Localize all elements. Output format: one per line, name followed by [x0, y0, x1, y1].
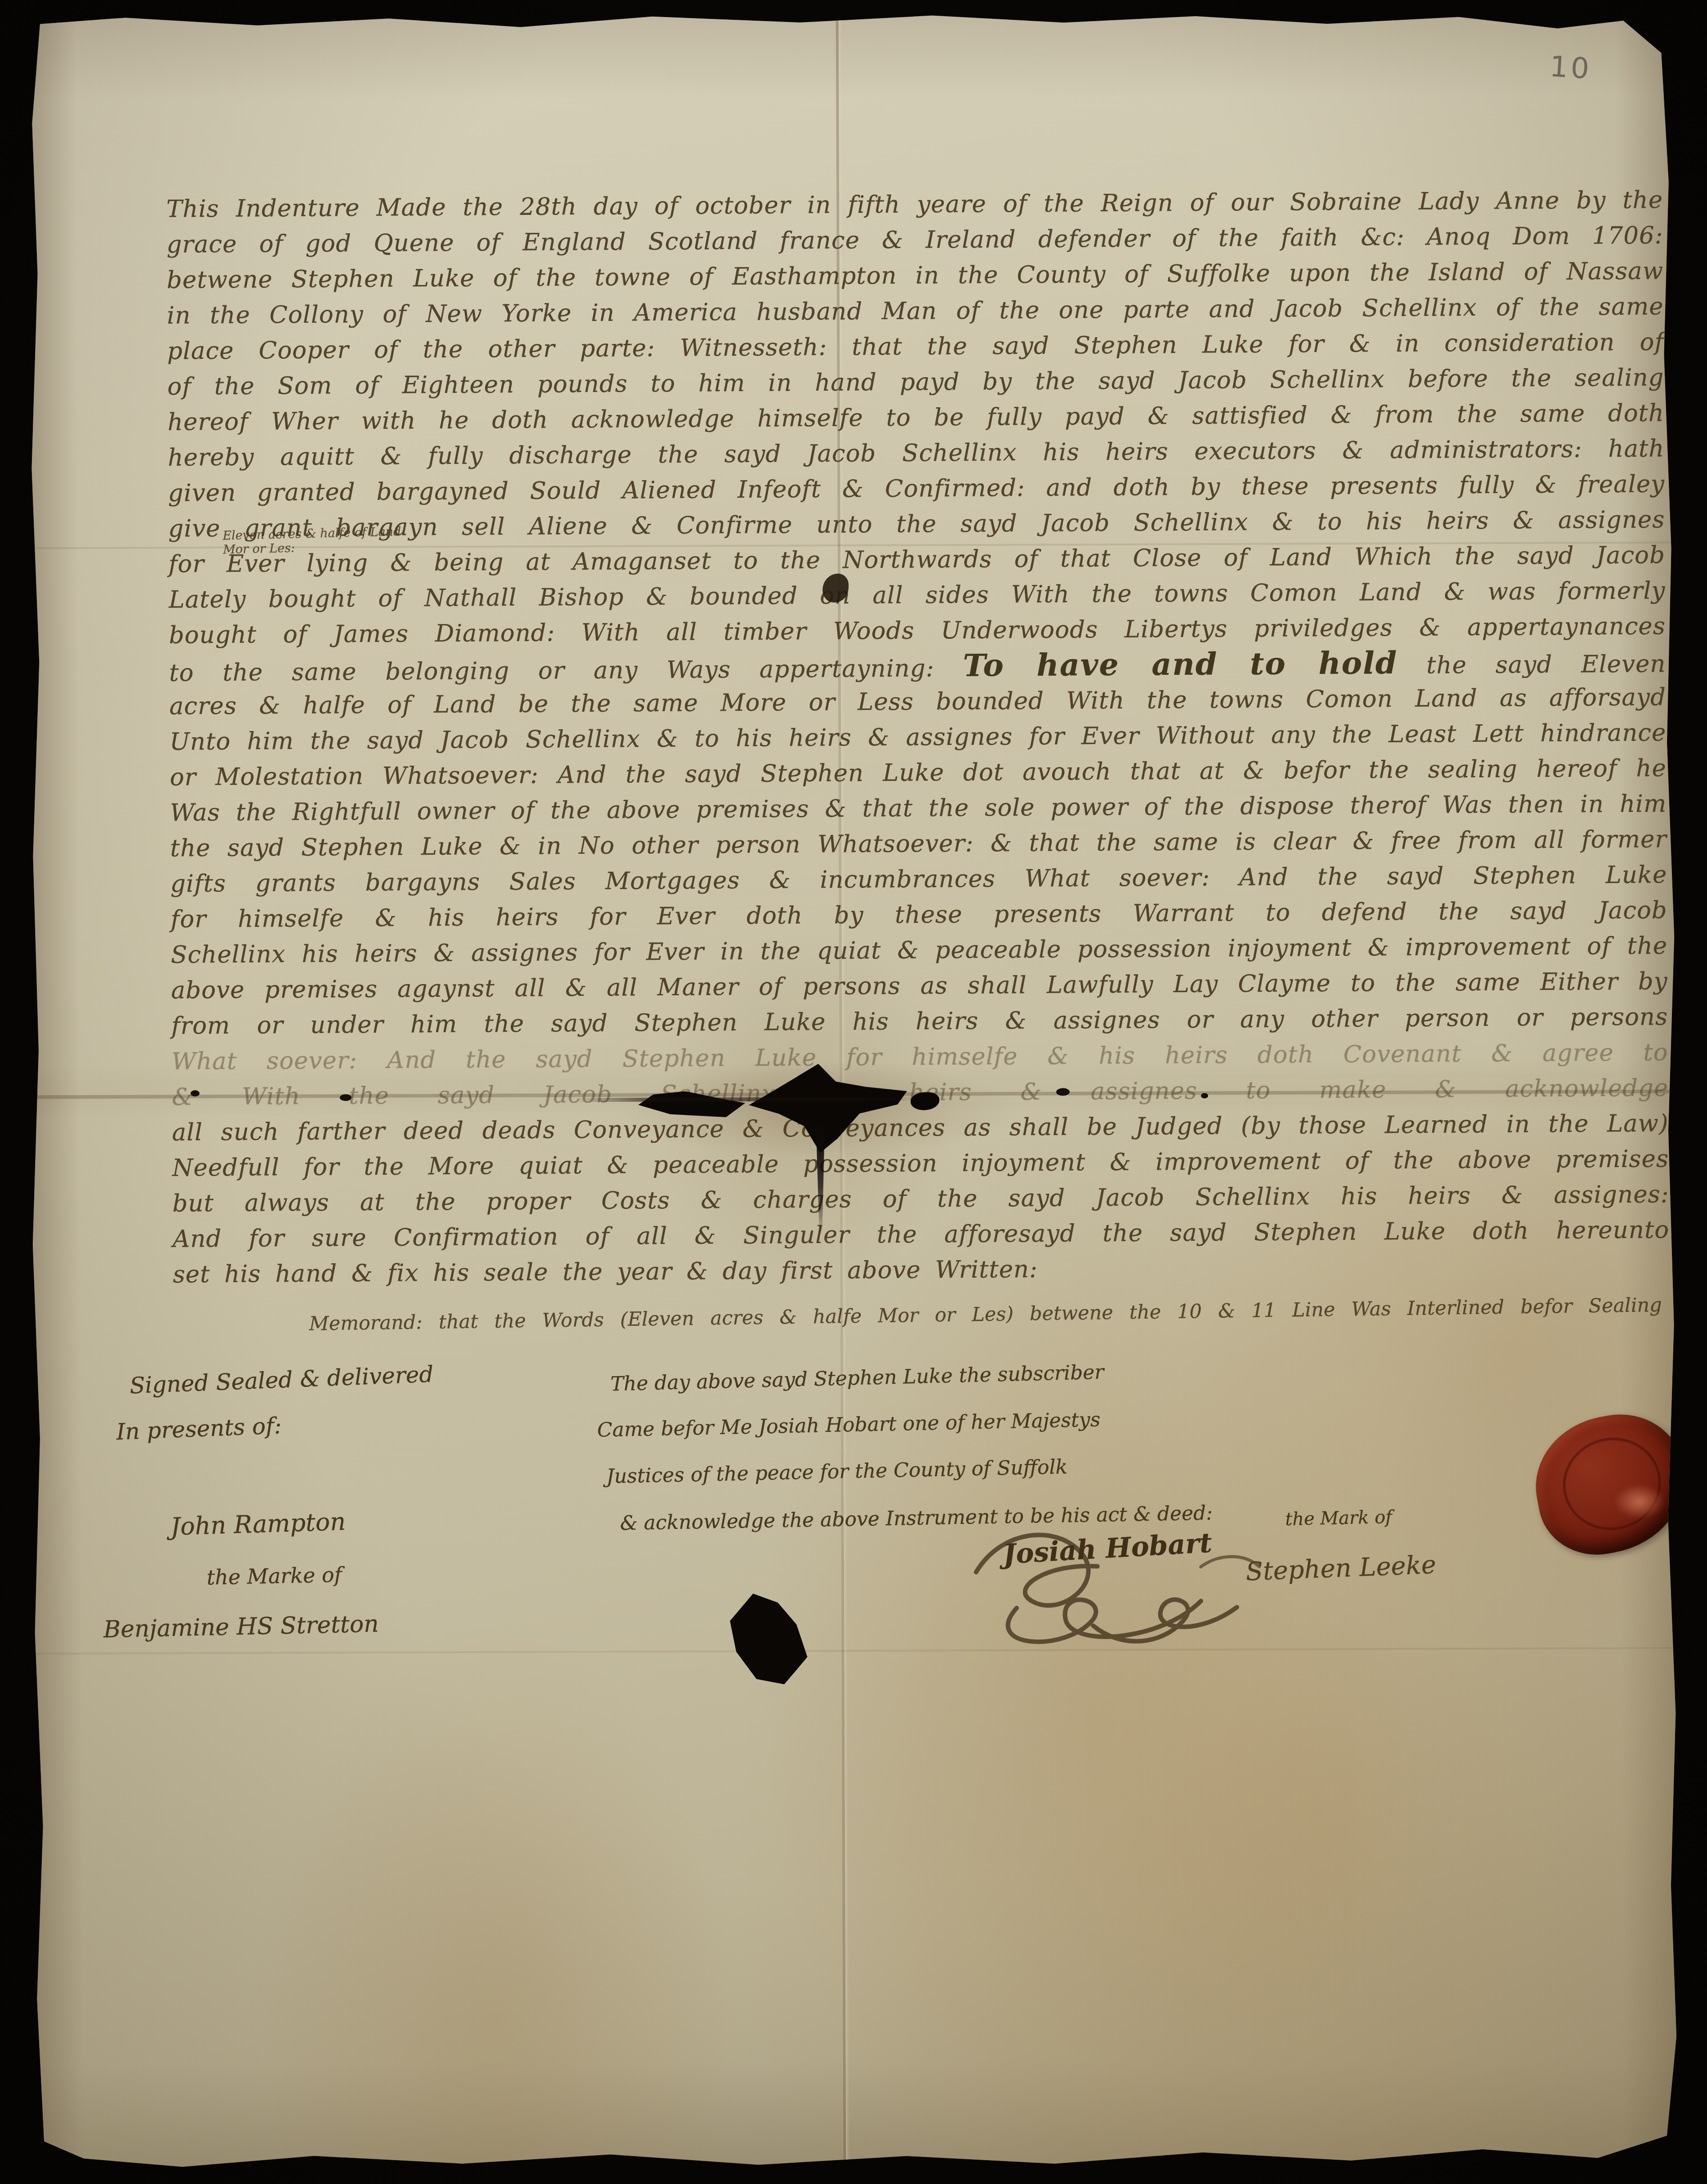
- witness-line: In presents of:: [116, 1413, 282, 1445]
- interlined-words: Eleven acres & halfe of Land Mor or Les:: [222, 525, 401, 557]
- attestation-line: The day above sayd Stephen Luke the subs…: [610, 1361, 1104, 1396]
- paper-sheet: 10 This Indenture Made the 28th day of o…: [27, 10, 1680, 2172]
- wax-seal-highlight: [1614, 1484, 1665, 1520]
- paper-speck: [340, 1094, 351, 1101]
- paper-hole: [730, 1593, 808, 1685]
- habendum-phrase: To have and to hold: [963, 645, 1398, 684]
- memorandum-line: Memorand: that the Words (Eleven acres &…: [309, 1294, 1662, 1335]
- paper-speck: [191, 1090, 200, 1096]
- attestation-line: Came befor Me Josiah Hobart one of her M…: [597, 1408, 1101, 1441]
- witness-mark-label: the Marke of: [206, 1562, 342, 1589]
- witness-signature-stretton: Benjamine HS Stretton: [103, 1610, 379, 1643]
- document-text: This Indenture Made the 28th day of octo…: [166, 182, 1670, 1292]
- witness-line: Signed Sealed & delivered: [129, 1361, 434, 1399]
- paper-speck: [1056, 1088, 1070, 1096]
- grantor-mark-label: the Mark of: [1285, 1507, 1392, 1530]
- witness-signature-rampton: John Rampton: [170, 1507, 346, 1541]
- attestation-line: Justices of the peace for the County of …: [606, 1455, 1068, 1488]
- page-number: 10: [1549, 50, 1593, 86]
- fold-crease-lower: [32, 1647, 1678, 1655]
- paper-speck: [1201, 1093, 1208, 1098]
- wax-seal: [1536, 1416, 1686, 1552]
